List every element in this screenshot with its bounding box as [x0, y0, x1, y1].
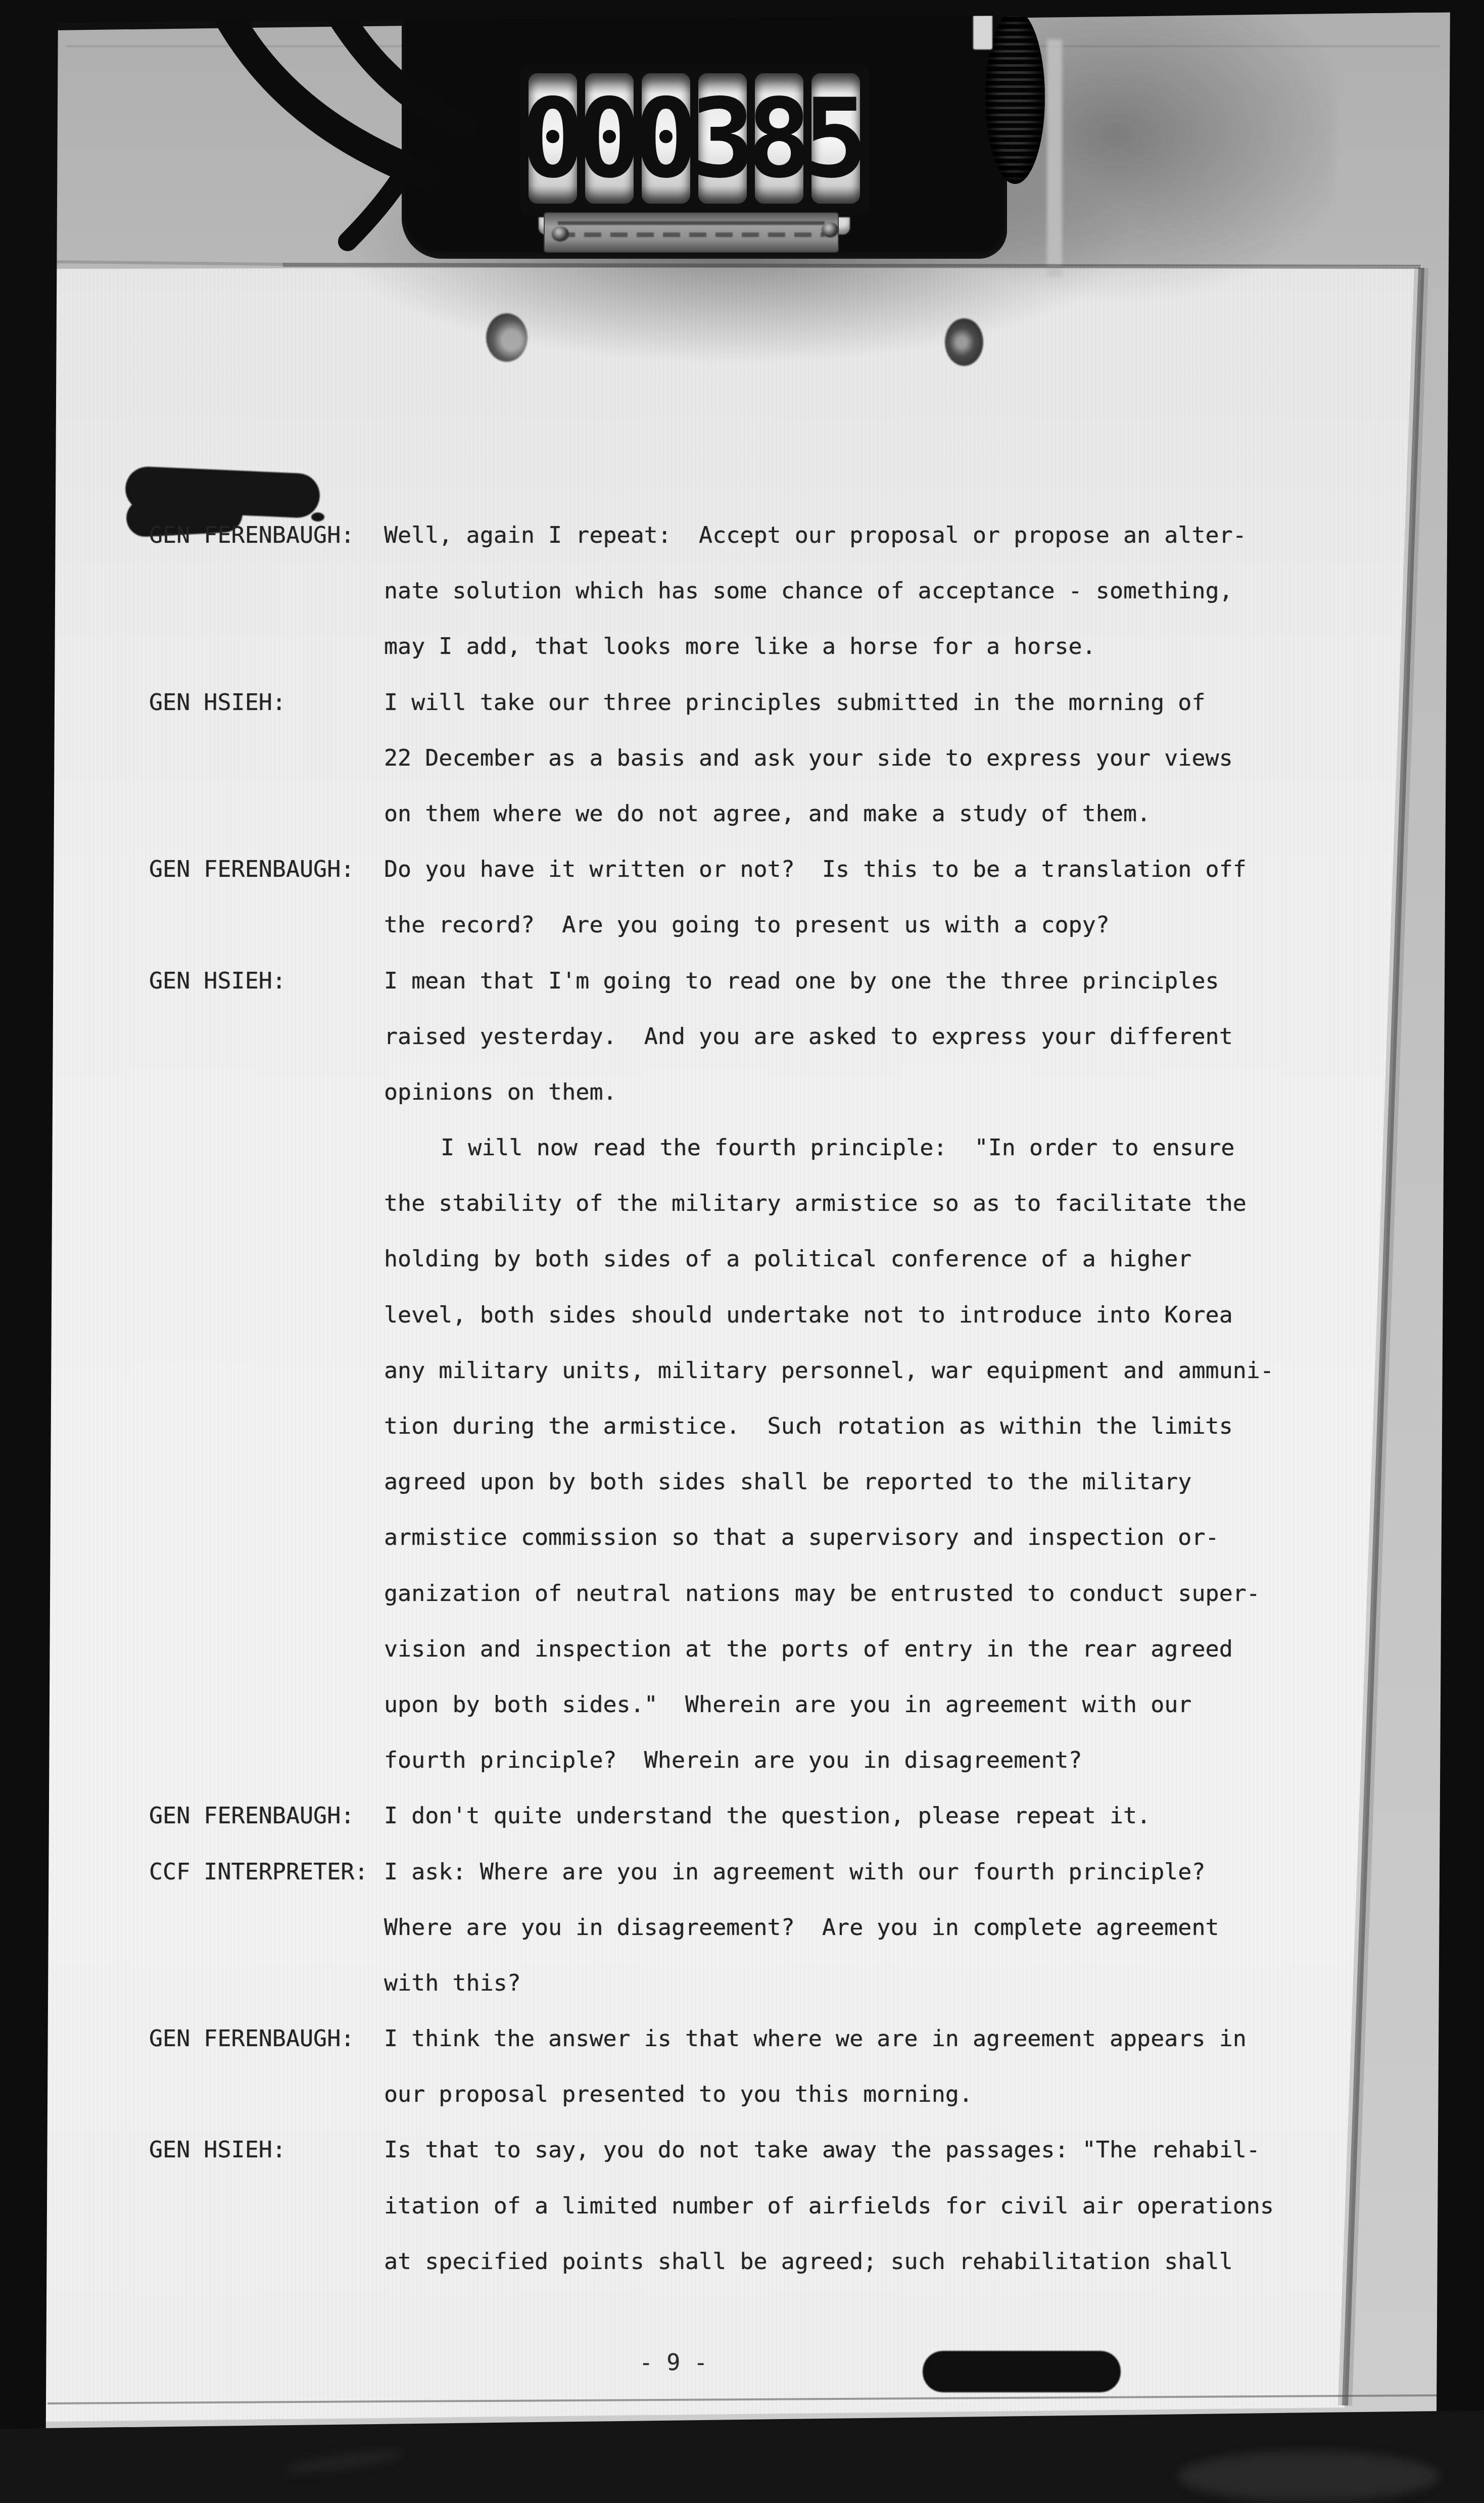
counter-digit-cell: 8 — [755, 73, 803, 204]
counter-digit-cell: 5 — [811, 73, 860, 204]
counter-digits: 0 0 0 3 8 5 — [529, 73, 860, 204]
counter-digit-cell: 0 — [642, 73, 690, 204]
counter-edge-highlight — [1047, 39, 1062, 277]
counter-name-plate — [544, 212, 839, 253]
counter-digit-cell: 3 — [698, 73, 747, 204]
plate-screw-left — [552, 226, 569, 242]
plate-screw-right — [822, 222, 839, 238]
counter-slot — [973, 12, 992, 50]
counter-digit: 3 — [690, 75, 755, 202]
film-band-smudge — [1177, 2451, 1440, 2501]
counter-digit: 0 — [633, 75, 698, 202]
counter-digit-cell: 0 — [585, 73, 634, 204]
counter-digit-cell: 0 — [529, 73, 577, 204]
plate-etched-text — [558, 221, 825, 225]
counter-digit: 5 — [803, 75, 868, 202]
counter-device: 0 0 0 3 8 5 — [0, 0, 1484, 2503]
counter-digit: 0 — [577, 75, 642, 202]
counter-knob-icon — [985, 10, 1045, 184]
counter-digit: 8 — [746, 75, 811, 202]
microfilm-frame: GEN FERENBAUGH: Well, again I repeat: Ac… — [0, 0, 1484, 2503]
plate-etched-text — [558, 232, 825, 237]
counter-digit: 0 — [520, 75, 585, 202]
